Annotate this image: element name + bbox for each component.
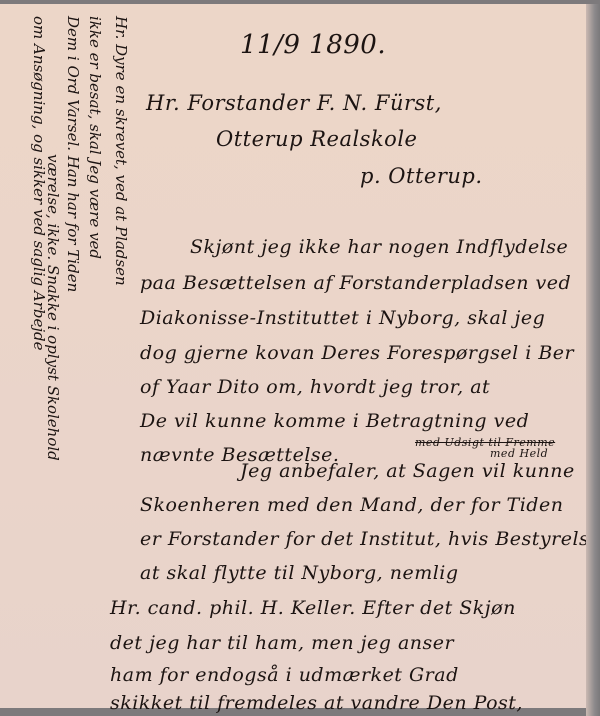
page-edge [586, 4, 600, 716]
body-line: Diakonisse-Instituttet i Nyborg, skal je… [140, 307, 545, 329]
address-line-recipient: Hr. Forstander F. N. Fürst, [146, 91, 442, 115]
address-line-place: p. Otterup. [360, 164, 483, 188]
margin-note: Dem i Ord Varsel. Han har for Tiden [64, 16, 82, 292]
body-line: paa Besættelsen af Forstanderpladsen ved [140, 272, 571, 294]
body-line: Skjønt jeg ikke har nogen Indflydelse [190, 236, 568, 258]
body-line: Skoenheren med den Mand, der for Tiden [140, 494, 563, 516]
margin-note: Hr. Dyre en skrevet, ved at Pladsen [112, 16, 130, 286]
interlinear-insertion: med Held [490, 447, 548, 460]
letter-date: 11/9 1890. [240, 30, 386, 60]
body-line: det jeg har til ham, men jeg anser [110, 632, 454, 654]
body-line: Hr. cand. phil. H. Keller. Efter det Skj… [110, 597, 516, 619]
body-line: at skal flytte til Nyborg, nemlig [140, 562, 459, 584]
body-line: of Yaar Dito om, hvordt jeg tror, at [140, 376, 490, 398]
margin-note: om Ansøgning, og sikker ved saglig Arbej… [30, 16, 48, 351]
body-line: De vil kunne komme i Betragtning ved [140, 410, 529, 432]
margin-note: ikke er besat, skal Jeg være ved [86, 16, 104, 259]
body-line: dog gjerne kovan Deres Forespørgsel i Be… [140, 342, 574, 364]
letter-page: 11/9 1890. Hr. Forstander F. N. Fürst, O… [0, 4, 588, 708]
body-line: ham for endogså i udmærket Grad [110, 664, 459, 686]
body-line: er Forstander for det Institut, hvis Bes… [140, 528, 600, 550]
body-line: Jeg anbefaler, at Sagen vil kunne [240, 460, 575, 482]
address-line-school: Otterup Realskole [216, 127, 417, 151]
body-line: skikket til fremdeles at vandre Den Post… [110, 692, 523, 714]
